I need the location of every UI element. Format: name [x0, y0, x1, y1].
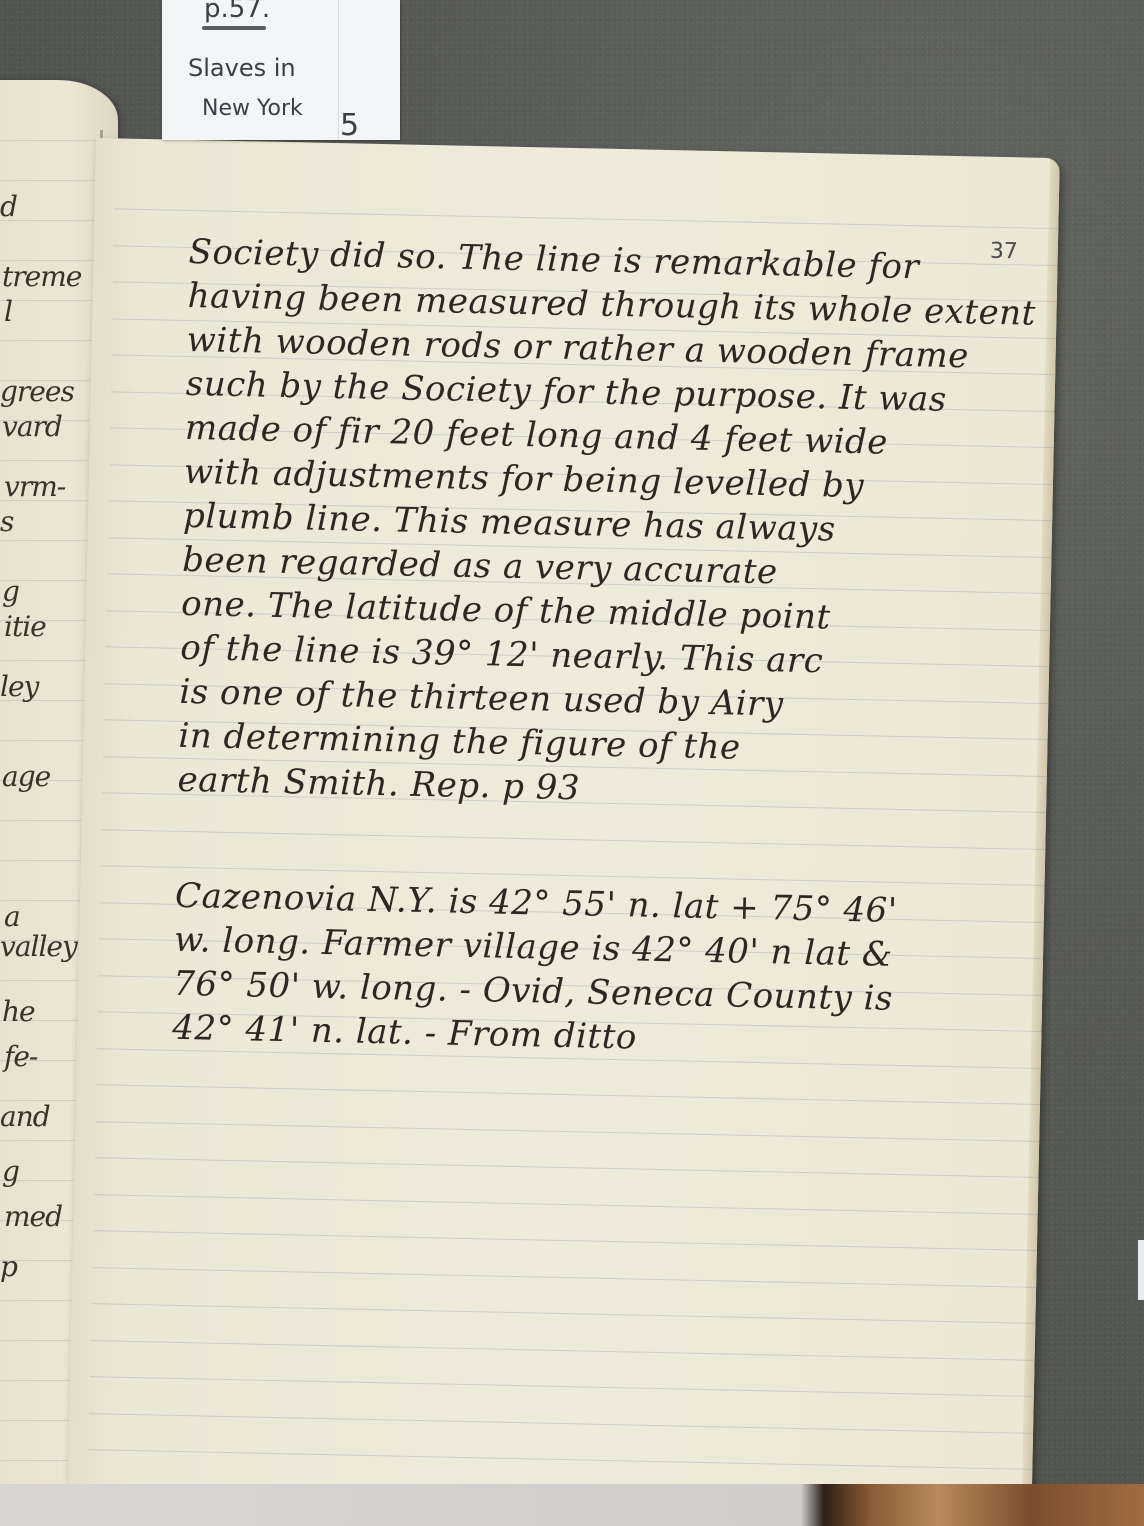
handwritten-line: been regarded as a very accurate	[182, 540, 778, 592]
table-edge	[0, 1484, 1144, 1526]
ruled-line	[90, 1376, 1034, 1397]
paragraph-coordinates: Cazenovia N.Y. is 42° 55' n. lat + 75° 4…	[96, 138, 1060, 158]
handwritten-line: 42° 41' n. lat. - From ditto	[172, 1008, 637, 1058]
page-number: 37	[990, 239, 1019, 265]
ruled-line	[95, 1121, 1039, 1142]
slip-topic-line-1: Slaves in	[188, 54, 296, 82]
ruled-line	[89, 1449, 1033, 1470]
ruled-line	[89, 1413, 1033, 1434]
ruled-line	[94, 1194, 1038, 1215]
left-page-text-fragment: d	[0, 190, 17, 223]
left-page-text-fragment: a	[4, 900, 20, 933]
handwritten-line: earth Smith. Rep. p 93	[177, 760, 580, 808]
ruled-line	[102, 829, 1046, 850]
handwritten-line: is one of the thirteen used by Airy	[179, 672, 784, 725]
page-edge	[1021, 158, 1059, 1518]
left-page-text-fragment: vard	[2, 410, 62, 443]
left-page-text-fragment: he	[2, 995, 35, 1028]
ruled-line	[95, 1157, 1039, 1178]
left-page-text-fragment: fe-	[4, 1040, 37, 1073]
ruled-line	[92, 1303, 1036, 1324]
left-page-text-fragment: treme	[2, 260, 81, 293]
slip-page-reference: p.57.	[204, 0, 270, 24]
left-page-text-fragment: l	[4, 295, 12, 328]
bookmark-slip: p.57. Slaves in New York 5	[162, 0, 400, 140]
slip-underline	[202, 26, 266, 30]
left-page-text-fragment: ley	[0, 670, 38, 703]
left-page-text-fragment: valley	[0, 930, 77, 963]
notebook-photo: dtremelgreesvardvrm-sgitieleyageavalleyh…	[0, 0, 1144, 1526]
paragraph-meridian-arc: Society did so. The line is remarkable f…	[96, 138, 1060, 158]
left-page-text-fragment: age	[2, 760, 50, 793]
left-page-text-fragment: itie	[4, 610, 46, 643]
ruled-line	[115, 208, 1059, 229]
left-page-text-fragment: s	[0, 505, 13, 538]
slip-number: 5	[340, 108, 359, 143]
ruled-line	[91, 1340, 1035, 1361]
left-page-text-fragment: med	[4, 1200, 62, 1233]
slip-divider	[338, 0, 339, 140]
left-page-text-fragment: p	[0, 1250, 17, 1283]
left-page-text-fragment: and	[0, 1100, 50, 1133]
ruled-line	[92, 1267, 1036, 1288]
ruled-line	[96, 1084, 1040, 1105]
edge-paper-strip	[1138, 1240, 1144, 1300]
left-page-text-fragment: g	[2, 1155, 19, 1188]
left-page-text-fragment: g	[2, 575, 19, 608]
left-page-text-fragment: vrm-	[4, 470, 65, 503]
right-page: 37 Society did so. The line is remarkabl…	[68, 138, 1060, 1518]
ruled-line	[93, 1230, 1037, 1251]
left-page-text-fragment: grees	[0, 375, 74, 408]
slip-topic-line-2: New York	[202, 96, 303, 121]
